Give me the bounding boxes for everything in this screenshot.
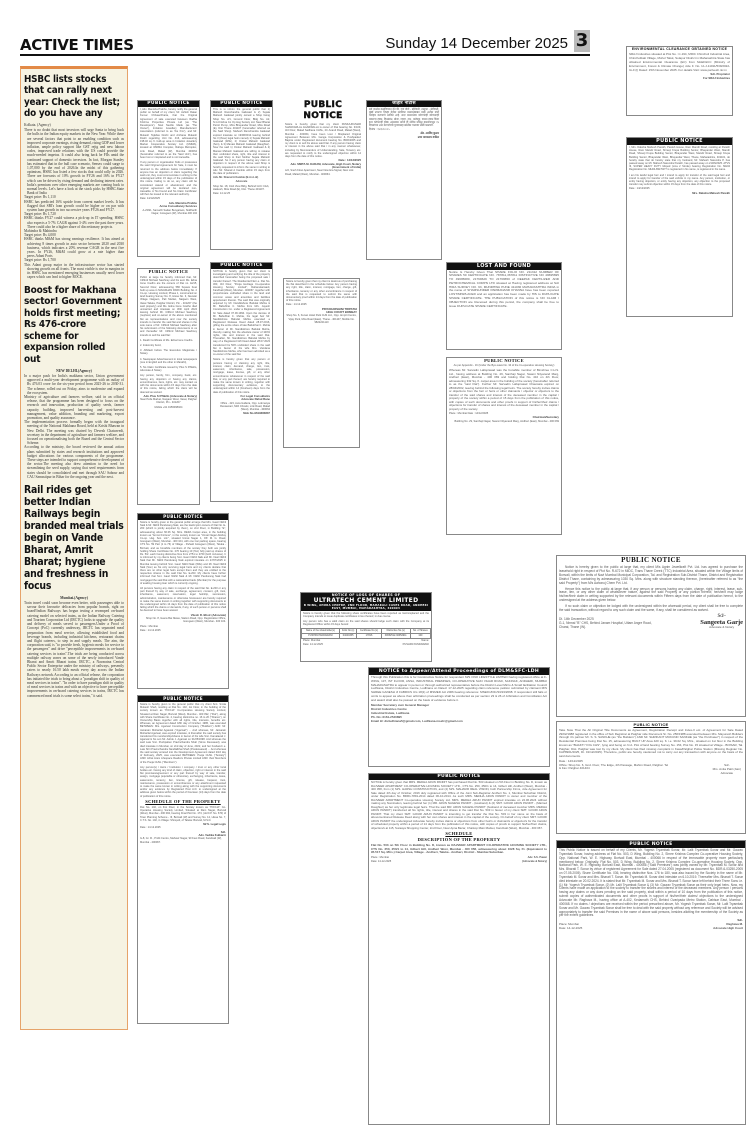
article-dateline: Mumbai.(Agency) bbox=[24, 596, 124, 600]
page-number: 3 bbox=[574, 30, 590, 52]
marathi-public-notice: जाहीर नोटीस सर्व जनतेस कळविण्यात येते की… bbox=[366, 100, 442, 260]
schedule-body: Flat No. 102, on first Floor, in the Soc… bbox=[138, 805, 228, 823]
notice-footer-left: Dt. 14th December 2025 G-1, Nirmal "B" C… bbox=[559, 618, 659, 630]
notice-email: Email Id: dicludhiana5@gmail.com, Ludhia… bbox=[369, 720, 549, 724]
notice-footer: Date: 14.12.2025 PUSHPA PANDAWANI bbox=[301, 643, 431, 647]
schedule-title: SCHEDULE OF THE PROPERTY bbox=[138, 799, 228, 805]
article-dateline: NEW DELHI.(Agency) bbox=[24, 369, 124, 373]
notice-footer: Date: 14-12-2025 Advocate High Court bbox=[557, 927, 745, 931]
company-name: ULTRATECH CEMENT LIMITED bbox=[301, 597, 431, 604]
notice-body: This Public Notice is issued on behalf o… bbox=[557, 848, 745, 919]
notice-address: G-1, Nirmal "B" CHS, Behind Janam Hospit… bbox=[559, 622, 659, 630]
notice-body: Whereas Mr. Sarvadin Lalloprasad was the… bbox=[447, 368, 561, 412]
issue-date: Sunday 14 December 2025 bbox=[385, 35, 568, 52]
notice-list-item: 3. Affidavit before The Executive Magist… bbox=[138, 348, 199, 356]
article-headline: HSBC lists stocks that can rally next ye… bbox=[24, 74, 124, 119]
notice-role: Advocate & Notary bbox=[700, 626, 743, 630]
article-paragraph: Ministry of agriculture and farmers welf… bbox=[24, 395, 124, 420]
public-notice-appendix-16: PUBLIC NOTICE As per Appendix - 16 (Unde… bbox=[446, 357, 562, 535]
masthead: ACTIVE TIMES Sunday 14 December 2025 3 bbox=[20, 30, 590, 56]
newspaper-brand: ACTIVE TIMES bbox=[20, 36, 134, 54]
notice-loss-of-shares: NOTICE OF LOSS OF SHARES OF ULTRATECH CE… bbox=[300, 592, 432, 662]
notice-body: Any person who has a valid claim on the … bbox=[301, 619, 431, 627]
notice-org: For SRAJ Industries bbox=[627, 77, 732, 80]
article-paragraph: There is no doubt that most investors wi… bbox=[24, 128, 124, 195]
notice-body: Notice is hereby given that my client PA… bbox=[283, 122, 363, 159]
article-paragraph: This Adani group major in the infrastruc… bbox=[24, 263, 124, 280]
notice-place: Place: Mumbai bbox=[303, 639, 320, 642]
table-row: PUSHPA PANDAWANI 04040335 17816 30652512… bbox=[302, 633, 431, 638]
notice-list-item: 5. No Claim Certificate issued by Plus S… bbox=[138, 365, 199, 373]
notice-name-label: Name: bbox=[421, 639, 429, 642]
notice-body: If any person or organisation finds or p… bbox=[138, 160, 199, 197]
public-notice-lost-agreement: PUBLIC NOTICE I, Adv. Manisha Prabhu, he… bbox=[137, 100, 200, 257]
public-notice-bhakti-yog: PUBLIC NOTICE Take Note That the All Ori… bbox=[556, 721, 746, 834]
public-notice-rajveer: PUBLIC NOTICE NOTICE is hereby given tha… bbox=[368, 773, 550, 1125]
notice-body: Through this Publication this is for Con… bbox=[369, 675, 549, 704]
notice-footer: Dt. 14th December 2025 G-1, Nirmal "B" C… bbox=[557, 614, 745, 630]
public-notice-vehicle-transfer: PUBLIC NOTICE I, Mrs. Daksha Mahesh Pare… bbox=[626, 137, 733, 317]
table-cell: 04040335 bbox=[339, 633, 356, 638]
notice-mobile: Mobile +91 9156068024 bbox=[138, 406, 199, 410]
notice-body: This is to inform the general public tha… bbox=[211, 107, 272, 176]
article-headline: Boost for Makhana sector! Government hol… bbox=[24, 285, 124, 366]
article-paragraph: HSBC thinks FY27 could witness a pick-up… bbox=[24, 216, 124, 229]
lost-and-found-notice: LOST AND FOUND Notice Is Hereby Given Th… bbox=[446, 262, 562, 350]
public-notice-priyadarshini: Notice is hereby given that my client is… bbox=[283, 278, 360, 448]
environmental-clearance-notice: ENVIRONMENTAL CLEARANCE OBTAINED NOTICE … bbox=[626, 46, 733, 116]
notice-role: (Advocate & Notary) bbox=[522, 860, 547, 863]
notice-title: PUBLIC NOTICE bbox=[627, 138, 732, 145]
notice-footer: Office: Shop No. 6, Gnd. Floor, The Edge… bbox=[557, 764, 745, 777]
notice-address: A/2, Sneh Kiran Apartment, Near New Era … bbox=[283, 169, 363, 176]
notice-body: Notice is hereby given to the general pu… bbox=[138, 702, 228, 765]
notice-title: PUBLIC NOTICE bbox=[557, 841, 745, 848]
notice-address: Near Pelle Market, Naigaon West, Vasai, … bbox=[138, 398, 199, 405]
shares-table: Name of the shareholder(s) Folio No.(s) … bbox=[301, 628, 431, 639]
notice-date: Date : 14.12.2025 bbox=[138, 629, 228, 633]
notice-footer-right: Sd/- Sangeeta Garje Advocate & Notary bbox=[700, 614, 743, 630]
article-dateline: Kolkata. (Agency) bbox=[24, 123, 124, 127]
table-cell: PUSHPA PANDAWANI bbox=[302, 633, 340, 638]
notice-date: Date: 14.12.25 bbox=[211, 192, 272, 196]
public-notice-pooja-heritage: PUBLIC NOTICE NOTICE is hereby given tha… bbox=[210, 262, 273, 502]
public-notice-agarwalla: PUBLIC NOTICE Notice is hereby given tha… bbox=[283, 100, 363, 280]
article-paragraph: The implementation process formally bega… bbox=[24, 420, 124, 445]
notice-body: Any person, family, firm, company, bank,… bbox=[138, 373, 199, 394]
notice-date: Date: 14.12.2025 bbox=[303, 643, 323, 646]
article-paragraph: Train travel could soon become even bett… bbox=[24, 601, 124, 698]
public-notice-naik: PUBLIC NOTICE Notice is hereby given to … bbox=[137, 513, 229, 689]
notice-body: सर्व जनतेस कळविण्यात येते की, गाव मौजे -… bbox=[367, 107, 441, 128]
company-address: B WING, AHURA CENTRE, 2ND FLOOR, MAHAKAL… bbox=[301, 604, 431, 611]
table-cell: 100 bbox=[410, 633, 430, 638]
notice-list-item: 4. Newspaper Advertisement in local news… bbox=[138, 357, 199, 365]
article-paragraph: HSBC has predicted 16% upside from curre… bbox=[24, 200, 124, 213]
notice-place: Place : Mumbai bbox=[371, 856, 389, 859]
notice-name: PUSHPA PANDAWANI bbox=[403, 643, 429, 646]
notice-role: Advocate High Court bbox=[713, 927, 743, 930]
article-hsbc: HSBC lists stocks that can rally next ye… bbox=[22, 74, 126, 280]
notice-address: Shop No. 18, Club View Bldg, Behind GCC … bbox=[211, 185, 272, 192]
notice-body: NOTICE is hereby given that MRS. MEDHA A… bbox=[369, 780, 549, 831]
notice-body: I am his lawful legal heir and I intend … bbox=[627, 173, 732, 188]
notice-body: Take Note That the All Original Title Do… bbox=[557, 728, 745, 760]
article-railways: Rail rides get better Indian Railways be… bbox=[22, 484, 126, 698]
notice-body: I, Adv. Manisha Prabhu, hereby notify th… bbox=[138, 107, 199, 160]
notice-body: All persons having any claim in respect … bbox=[138, 586, 228, 614]
article-makhana: Boost for Makhana sector! Government hol… bbox=[22, 285, 126, 480]
notice-dlm-sfc-ldh: NOTICE to Appear/Attend Proceedings of D… bbox=[368, 667, 550, 767]
article-paragraph: In a major push for India's makhana sect… bbox=[24, 374, 124, 395]
notice-address: G-8, Gr. Fl., Profit Centre, Mahavir Nag… bbox=[138, 837, 228, 844]
public-notice-flat-transfer: PUBLIC NOTICE Public at large be hereby … bbox=[137, 268, 200, 505]
notice-org: Building No. 29, Santhaji Nagar, Swami N… bbox=[447, 420, 561, 424]
article-paragraph: According to the ministry, the board rev… bbox=[24, 445, 124, 479]
notice-date: Date: 14-12-2025 bbox=[371, 860, 391, 863]
notice-date: Date: 14-12-2025 bbox=[559, 927, 582, 930]
notice-office: Office: Shop No. 6, Gnd. Floor, The Edge… bbox=[559, 764, 669, 777]
notice-mobile: Mob No-9619383837 bbox=[211, 412, 272, 415]
public-notice-agrim-jewelkraft: PUBLIC NOTICE Notice is hereby given to … bbox=[556, 555, 746, 717]
article-headline: Rail rides get better Indian Railways be… bbox=[24, 484, 124, 592]
notice-body: Notice is hereby given to the general pu… bbox=[138, 520, 228, 586]
notice-address: Shop No. 8, Gaura Bai Niwas, Station Roa… bbox=[138, 617, 228, 624]
notice-signatory: Mrs. Daksha Mahesh Parekh bbox=[627, 192, 732, 195]
notice-footer: Date: 14-12-2025 (Advocate & Notary) bbox=[369, 860, 549, 864]
notice-body: SRAJ Industries situated at Plot No.: C-… bbox=[627, 51, 732, 73]
notice-body: NOTICE is hereby given that our client i… bbox=[211, 269, 272, 357]
news-column: HSBC lists stocks that can rally next ye… bbox=[22, 72, 126, 698]
notice-signatory: Adv. S.S. Pawar bbox=[528, 856, 547, 859]
notice-title: PUBLIC NOTICE bbox=[557, 556, 745, 565]
notice-body: Hence this notice to the public at large… bbox=[557, 587, 745, 605]
table-cell: 17816 bbox=[357, 633, 381, 638]
notice-body: Notice is hereby given that any person o… bbox=[211, 357, 272, 394]
public-notice-pooja-chs: PUBLIC NOTICE Notice is hereby given to … bbox=[137, 695, 229, 1024]
notice-footer-right: Sd/- Mrs. Anita Patil (Jain) Advocate bbox=[711, 764, 743, 777]
notice-body: I, Mrs. Daksha Mahesh Parekh, Parekh Hou… bbox=[627, 145, 732, 173]
public-notice-sonar: PUBLIC NOTICE This Public Notice is issu… bbox=[556, 840, 746, 1125]
notice-body: Notice is hereby given to the public at … bbox=[557, 565, 745, 587]
article-paragraph: HSBC thinks M&M has strong earnings resi… bbox=[24, 237, 124, 258]
table-cell: 30652512-30652911 bbox=[381, 633, 410, 638]
notice-address: A-23/91, Samarth Sadan Bungalows, Siddha… bbox=[138, 209, 199, 216]
notice-body: If no such claim or objection be lodged … bbox=[557, 604, 745, 614]
notice-body: Notice is hereby given that the followin… bbox=[301, 611, 431, 619]
notice-address: Shop No. 6, Kunan Hotel Park CHS Ltd., O… bbox=[284, 314, 359, 325]
schedule-body: Flat No. 503 on 5th Floor in Building No… bbox=[369, 843, 549, 856]
notice-role: Advocate bbox=[711, 772, 743, 776]
public-notice-gaikwad-shop: PUBLIC NOTICE This is to inform the gene… bbox=[210, 100, 273, 250]
notice-body: Notice Is Hereby Given That SHARE FOLIO … bbox=[447, 270, 561, 310]
notice-title: NOTICE to Appear/Attend Proceedings of D… bbox=[369, 668, 549, 675]
notice-role: उच्च न्यायालय वकील bbox=[367, 136, 441, 139]
notice-title: ENVIRONMENTAL CLEARANCE OBTAINED NOTICE bbox=[627, 47, 732, 51]
notice-body: Any person(s) / Heirs / Institution / co… bbox=[138, 765, 228, 799]
notice-body: Notice is hereby given that my client is… bbox=[284, 279, 359, 303]
notice-body: Public at large be hereby informed that,… bbox=[138, 275, 199, 338]
notice-title: PUBLIC NOTICE bbox=[283, 100, 363, 122]
